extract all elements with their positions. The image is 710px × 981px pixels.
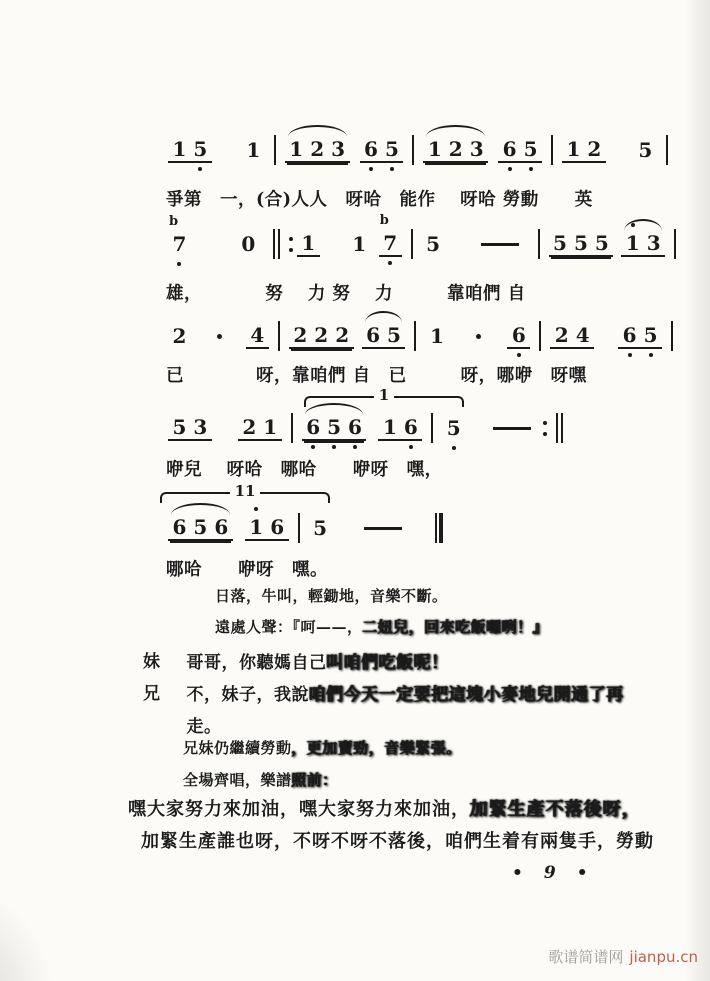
spacer (489, 336, 505, 337)
note-digit: 6 (267, 515, 288, 539)
note-digit: 2 (311, 323, 332, 347)
stage-direction-continue-labor: 兄妹仍繼續勞動，更加賣勁，音樂緊張。 (183, 737, 462, 758)
jianpu-note: 3 (643, 231, 664, 255)
jianpu-note: 6 (211, 515, 232, 539)
jianpu-note: 2 (332, 323, 353, 347)
scan-shadow-edge (684, 0, 710, 981)
page-number: • 9 • (512, 858, 590, 883)
note-group: 6 (507, 323, 530, 349)
barline (411, 229, 413, 259)
note-digit: 2 (290, 323, 311, 347)
note-digit: 5 (591, 231, 612, 255)
lyric-line: 哪哈 咿呀 嘿。 (166, 556, 443, 581)
barline (674, 229, 676, 259)
note-group: 16 (378, 415, 422, 441)
jianpu-note: 7b (169, 232, 190, 256)
dialogue-line-brother: 兄 不，妹子，我說咱們今天一定要把這塊小麥地兒開通了再走。 (143, 679, 663, 743)
jianpu-note: 1 (379, 415, 400, 439)
stage-direction-text: 遠處人聲：『呵——， (215, 618, 363, 636)
dialogue-line-sister: 妹 哥哥，你聽媽自己叫咱們吃飯呢！ (143, 647, 663, 679)
repeat-barline (273, 229, 280, 259)
barline (431, 413, 433, 443)
jianpu-note: 1 (424, 137, 445, 161)
note-group: 123 (285, 137, 350, 163)
jianpu-note: 5 (635, 138, 656, 162)
barline (291, 413, 293, 443)
spacer (410, 528, 428, 529)
volta-line (160, 492, 230, 503)
note-digit: 5 (443, 416, 464, 440)
jianpu-note: 5 (381, 137, 402, 161)
note-digit: 1 (298, 231, 319, 255)
jianpu-note: 6 (345, 415, 366, 439)
jianpu-note: 6 (508, 323, 529, 347)
dialogue-text-smudged: 咱們今天一定要把這塊小麥地兒開通了再 (309, 685, 624, 705)
note-group: 65 (362, 323, 406, 349)
spacer (490, 150, 496, 151)
octave-dot-low (388, 261, 392, 265)
flat-sign: b (380, 215, 389, 227)
note-group: 0 (237, 232, 260, 256)
spacer (608, 150, 632, 151)
volta-label: 1 (379, 389, 389, 402)
dialogue-text-clear: 走。 (187, 717, 222, 737)
note-group: 15 (168, 137, 212, 163)
note-digit: 5 (635, 138, 656, 162)
barline (274, 135, 276, 165)
stage-direction-sunset: 日落，牛叫，輕鋤地，音樂不斷。 (215, 585, 448, 606)
note-group: 2 (168, 324, 191, 348)
note-group: 1 (425, 324, 448, 348)
note-digit: 1 (424, 137, 445, 161)
note-digit: 2 (239, 415, 260, 439)
dialogue-text: 不，妹子，我說咱們今天一定要把這塊小麥地兒開通了再走。 (187, 679, 642, 743)
music-system-4: 1 5321656165 咿兒 呀哈 哪哈 咿呀 嘿， (166, 400, 570, 481)
stage-direction-text-smudged: 照前： (292, 771, 339, 789)
octave-dot-low (649, 353, 653, 357)
note-group: 222 (289, 323, 354, 349)
volta-label: 11 (235, 485, 256, 498)
note-digit: 3 (643, 231, 664, 255)
slur-arc (288, 125, 347, 137)
octave-dot-low (311, 445, 315, 449)
note-digit: 6 (499, 137, 520, 161)
note-group: 13 (621, 231, 665, 257)
note-digit: 2 (551, 323, 572, 347)
jianpu-note: 5 (570, 231, 591, 255)
jianpu-note: 2 (239, 415, 260, 439)
note-digit: 7 (380, 231, 401, 255)
jianpu-note: 2 (169, 324, 190, 348)
note-group: 1 (297, 231, 320, 257)
scanned-score-page: 1511236512365125 爭第 一，(合)人人 呀哈 能作 呀哈 勞動 … (0, 0, 710, 981)
note-group: 65 (618, 323, 662, 349)
jianpu-notes-row: 656165 (166, 510, 443, 546)
barline (539, 321, 541, 351)
note-group: 1 (242, 138, 265, 162)
final-barline (435, 513, 443, 543)
lyric-line: 已 呀，靠咱們 自 已 呀，哪咿 呀嘿 (166, 362, 680, 387)
spacer (373, 244, 377, 245)
note-digit: 5 (520, 137, 541, 161)
octave-dot-high (631, 223, 635, 227)
note-digit: 6 (508, 323, 529, 347)
note-digit: 5 (570, 231, 591, 255)
note-digit: 5 (381, 137, 402, 161)
note-digit: 1 (246, 515, 267, 539)
note-digit: 7 (169, 232, 190, 256)
octave-dot-low (508, 167, 512, 171)
volta-line (394, 396, 464, 407)
jianpu-note: 6 (303, 415, 324, 439)
note-group: 656 (168, 515, 233, 541)
note-digit: 3 (466, 137, 487, 161)
jianpu-notes-row: 5321656165 (166, 410, 570, 446)
held-note-dash (364, 527, 402, 530)
jianpu-note: 1 (286, 137, 307, 161)
note-group: 53 (168, 415, 212, 441)
jianpu-note: 2 (307, 137, 328, 161)
barline (298, 513, 300, 543)
octave-dot-low (353, 445, 357, 449)
note-group: 16 (245, 515, 289, 541)
note-digit: 1 (379, 415, 400, 439)
octave-dot-low (332, 445, 336, 449)
barline (551, 135, 553, 165)
dialogue-text-smudged: 叫咱們吃飯呢！ (327, 653, 450, 673)
volta-line (260, 492, 330, 503)
spacer (322, 244, 346, 245)
octave-dot-low (369, 167, 373, 171)
octave-dot-low (517, 353, 521, 357)
note-digit: 5 (324, 415, 345, 439)
barline (414, 321, 416, 351)
spacer (352, 150, 358, 151)
note-digit: 6 (400, 415, 421, 439)
spacer (235, 528, 243, 529)
flat-sign: b (169, 216, 178, 228)
jianpu-note: 6 (499, 137, 520, 161)
note-group: 5 (422, 232, 445, 256)
stage-direction-distant-voice: 遠處人聲：『呵——，二妞兒，回來吃飯囉咧！』 (215, 616, 549, 637)
stage-direction-text: 兄妹仍繼續勞動 (183, 739, 292, 757)
barline (412, 135, 414, 165)
stage-direction-text: 全場齊唱，樂譜 (183, 771, 292, 789)
held-note-dash (493, 427, 531, 430)
note-group: 4 (246, 323, 269, 349)
repeat-barline (556, 413, 563, 443)
note-digit: 6 (363, 323, 384, 347)
note-digit: 4 (247, 323, 268, 347)
jianpu-note: 5 (310, 516, 331, 540)
note-digit: 5 (190, 515, 211, 539)
spacer (356, 336, 360, 337)
note-digit: 0 (238, 232, 259, 256)
spacer (368, 428, 376, 429)
jianpu-note: 6 (361, 137, 382, 161)
octave-dot-low (177, 262, 181, 266)
barline (278, 321, 280, 351)
octave-dot-low (452, 446, 456, 450)
jianpu-note: 2 (551, 323, 572, 347)
jianpu-note: 0 (238, 232, 259, 256)
jianpu-notes-row: 1511236512365125 (166, 132, 675, 168)
note-digit: 2 (169, 324, 190, 348)
octave-dot-low (628, 353, 632, 357)
jianpu-note: 5 (190, 137, 211, 161)
spacer (193, 336, 209, 337)
note-group: 1 (348, 232, 371, 256)
note-group: 5 (442, 416, 465, 440)
jianpu-note: 5 (591, 231, 612, 255)
chorus-lyric-line-2: 加緊生產誰也呀，不呀不呀不落後，咱們生着有兩隻手，勞動 (141, 827, 654, 853)
spacer (467, 428, 485, 429)
note-group: 7b (168, 232, 191, 256)
note-digit: 1 (243, 138, 264, 162)
jianpu-note: 6 (267, 515, 288, 539)
stage-direction-text-smudged: 二妞兒，回來吃飯囉咧！』 (363, 618, 549, 636)
note-digit: 5 (310, 516, 331, 540)
jianpu-note: 1 (169, 137, 190, 161)
octave-dot-high (254, 507, 258, 511)
jianpu-note: 5 (324, 415, 345, 439)
music-system-1: 1511236512365125 爭第 一，(合)人人 呀哈 能作 呀哈 勞動 … (166, 132, 675, 211)
music-system-2: 7b0117b555513 雄， 努 力 努 力 靠咱們 自 (166, 226, 683, 305)
barline (538, 229, 540, 259)
jianpu-note: 5 (550, 231, 571, 255)
jianpu-note: 6 (363, 323, 384, 347)
stage-direction-text-smudged: ，更加賣勁，音樂緊張。 (292, 739, 463, 757)
note-digit: 1 (349, 232, 370, 256)
note-group: 555 (549, 231, 614, 257)
jianpu-note: 6 (400, 415, 421, 439)
music-system-3: 2422265162465 已 呀，靠咱們 自 已 呀，哪咿 呀嘿 (166, 318, 680, 387)
spacer (615, 244, 619, 245)
spacer (539, 428, 541, 429)
spacer (230, 336, 244, 337)
slur-arc (624, 219, 662, 231)
octave-dot-low (529, 167, 533, 171)
jianpu-note: 4 (572, 323, 593, 347)
note-digit: 3 (328, 137, 349, 161)
note-digit: 1 (286, 137, 307, 161)
barline (666, 135, 668, 165)
role-label-sister: 妹 (143, 647, 161, 679)
note-digit: 6 (169, 515, 190, 539)
note-digit: 5 (190, 137, 211, 161)
chorus-text-smudged: 加緊生產不落後呀， (470, 799, 641, 820)
spacer (334, 528, 356, 529)
lyric-line: 爭第 一，(合)人人 呀哈 能作 呀哈 勞動 英 (166, 186, 675, 211)
jianpu-note: 5 (384, 323, 405, 347)
jianpu-note: 1 (243, 138, 264, 162)
note-group: 65 (498, 137, 542, 163)
note-digit: 3 (190, 415, 211, 439)
jianpu-note: 7b (380, 231, 401, 255)
dialogue-text-clear: 哥哥，你聽媽自己 (187, 653, 327, 673)
held-note-dash (481, 243, 519, 246)
note-group: 21 (238, 415, 282, 441)
jianpu-note: 1 (246, 515, 267, 539)
note-digit: 6 (345, 415, 366, 439)
note-digit: 1 (169, 137, 190, 161)
repeat-dots (289, 237, 293, 252)
note-group: 12 (562, 137, 606, 163)
dialogue-text: 哥哥，你聽媽自己叫咱們吃飯呢！ (187, 647, 642, 679)
spacer (596, 336, 616, 337)
note-digit: 1 (426, 324, 447, 348)
jianpu-note: 5 (520, 137, 541, 161)
chorus-text-clear: 嘿大家努力來加油，嘿大家努力來加油， (128, 799, 470, 820)
note-digit: 6 (303, 415, 324, 439)
spacer (527, 244, 531, 245)
note-digit: 2 (307, 137, 328, 161)
jianpu-note: 1 (426, 324, 447, 348)
jianpu-notes-row: 2422265162465 (166, 318, 680, 354)
jianpu-note: 5 (190, 515, 211, 539)
note-digit: 6 (619, 323, 640, 347)
note-digit: 1 (260, 415, 281, 439)
note-digit: 6 (211, 515, 232, 539)
note-digit: 2 (584, 137, 605, 161)
note-digit: 4 (572, 323, 593, 347)
jianpu-note: 6 (169, 515, 190, 539)
spacer (262, 244, 266, 245)
note-group: 656 (302, 415, 367, 441)
spacer (447, 244, 473, 245)
note-group: 5 (634, 138, 657, 162)
jianpu-note: 1 (260, 415, 281, 439)
jianpu-note: 1 (563, 137, 584, 161)
augmentation-dot (476, 334, 481, 339)
jianpu-note: 5 (169, 415, 190, 439)
jianpu-note: 1 (298, 231, 319, 255)
note-group: 5 (309, 516, 332, 540)
scan-shadow-corner (0, 760, 90, 981)
stage-direction-chorus-cue: 全場齊唱，樂譜照前： (183, 769, 338, 790)
jianpu-note: 3 (190, 415, 211, 439)
dialogue-text-clear: 不，妹子，我說 (187, 685, 310, 705)
note-digit: 5 (169, 415, 190, 439)
jianpu-notes-row: 7b0117b555513 (166, 226, 683, 262)
note-digit: 2 (332, 323, 353, 347)
spacer (450, 336, 468, 337)
music-system-5: 11 656165 哪哈 咿呀 嘿。 (166, 492, 443, 581)
note-group: 24 (550, 323, 594, 349)
jianpu-note: 5 (640, 323, 661, 347)
octave-dot-low (409, 445, 413, 449)
chorus-lyric-line-1: 嘿大家努力來加油，嘿大家努力來加油，加緊生產不落後呀， (128, 795, 641, 821)
jianpu-note: 2 (311, 323, 332, 347)
role-label-brother: 兄 (143, 679, 161, 743)
jianpu-note: 3 (328, 137, 349, 161)
watermark-site-url: jianpu.cn (629, 948, 698, 966)
repeat-dots (543, 421, 547, 436)
jianpu-note: 2 (290, 323, 311, 347)
watermark-site-name: 歌谱简谱网 (548, 948, 623, 966)
note-digit: 6 (361, 137, 382, 161)
note-digit: 5 (640, 323, 661, 347)
jianpu-note: 6 (619, 323, 640, 347)
jianpu-note: 2 (584, 137, 605, 161)
note-digit: 5 (384, 323, 405, 347)
note-digit: 1 (563, 137, 584, 161)
note-group: 7b (379, 231, 402, 257)
jianpu-note: 5 (423, 232, 444, 256)
note-digit: 2 (445, 137, 466, 161)
note-group: 123 (423, 137, 488, 163)
jianpu-note: 1 (622, 231, 643, 255)
note-digit: 5 (423, 232, 444, 256)
jianpu-note: 4 (247, 323, 268, 347)
note-digit: 5 (550, 231, 571, 255)
lyric-line: 雄， 努 力 努 力 靠咱們 自 (166, 280, 683, 305)
spacer (193, 244, 235, 245)
note-digit: 1 (622, 231, 643, 255)
jianpu-note: 3 (466, 137, 487, 161)
jianpu-note: 1 (349, 232, 370, 256)
slur-arc (365, 311, 403, 323)
spacer (214, 150, 240, 151)
jianpu-note: 5 (443, 416, 464, 440)
augmentation-dot (217, 334, 222, 339)
jianpu-note: 2 (445, 137, 466, 161)
slur-arc (426, 125, 485, 137)
note-group: 65 (360, 137, 404, 163)
lyric-line: 咿兒 呀哈 哪哈 咿呀 嘿， (166, 456, 570, 481)
octave-dot-low (198, 167, 202, 171)
barline (671, 321, 673, 351)
octave-dot-low (390, 167, 394, 171)
spacer (214, 428, 236, 429)
site-watermark: 歌谱简谱网jianpu.cn (548, 946, 698, 967)
